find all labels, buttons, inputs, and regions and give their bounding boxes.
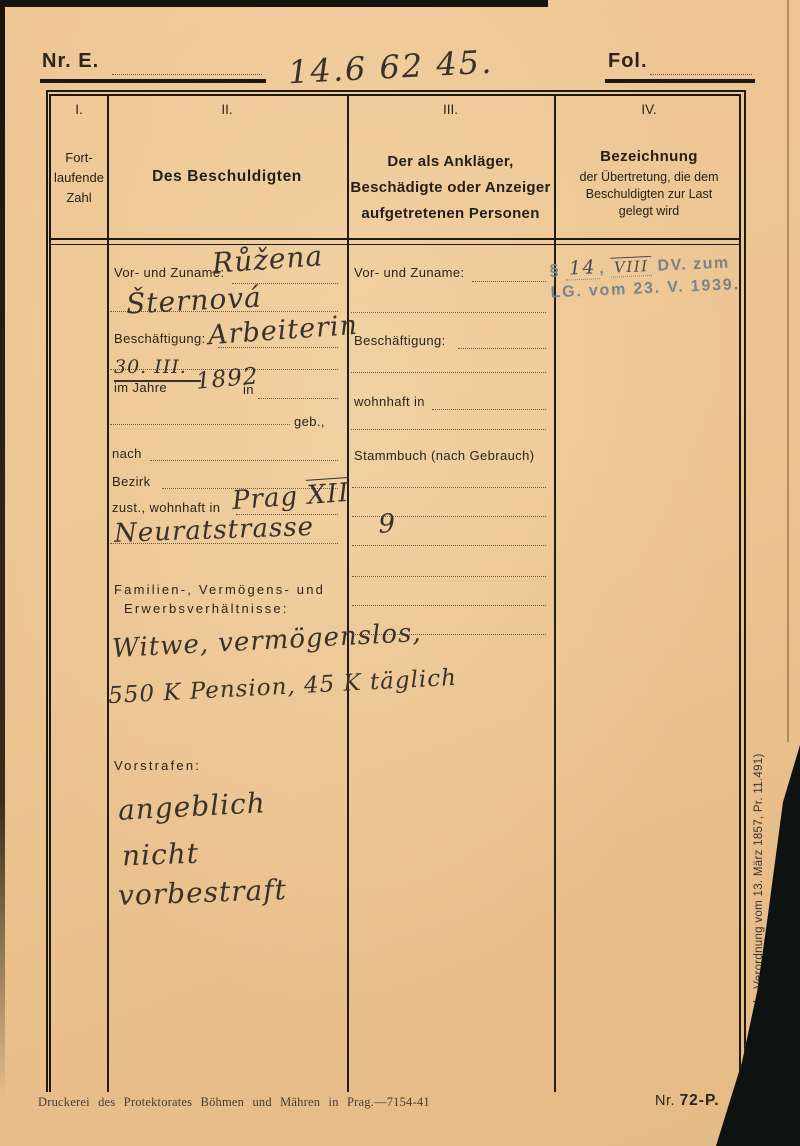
dotted-line xyxy=(352,605,546,606)
nr-e-label: Nr. E. xyxy=(42,50,99,73)
dotted-line xyxy=(150,460,338,461)
dotted-line xyxy=(258,398,338,399)
accused-occupation-label: Beschäftigung: xyxy=(114,331,206,346)
priors-handwritten-line3: vorbestraft xyxy=(117,873,287,912)
accused-house-number-handwritten: 9 xyxy=(378,509,397,540)
dotted-line xyxy=(110,543,338,544)
birth-in-label: in xyxy=(243,382,254,397)
page-right-crease xyxy=(787,0,789,742)
offense-stamp: § 14, VIII DV. zum LG. vom 23. V. 1939. xyxy=(549,250,751,303)
strafregister-side-note: Strafregister (gemäß Statth.-Verordnung … xyxy=(753,733,765,1143)
printer-imprint: Druckerei des Protektorates Böhmen und M… xyxy=(38,1095,430,1110)
fol-underline xyxy=(605,79,755,83)
dotted-line xyxy=(351,429,546,430)
dotted-line xyxy=(110,424,290,425)
dotted-line xyxy=(458,348,546,349)
column-header-des-beschuldigten: Des Beschuldigten xyxy=(107,168,347,186)
dotted-line xyxy=(351,372,546,373)
accuser-occupation-label: Beschäftigung: xyxy=(354,333,446,348)
document-page: Nr. E. 14.6 62 45. Fol. I. II. III. IV. … xyxy=(0,0,800,1146)
nr-e-dotted-line xyxy=(112,74,262,75)
column-divider-2 xyxy=(347,96,349,1092)
column-numeral-1: I. xyxy=(51,102,107,117)
column-numeral-3: III. xyxy=(347,102,554,117)
nach-label: nach xyxy=(112,446,142,461)
stamp-paragraph-number-handwritten: 14 xyxy=(565,256,599,280)
accused-birth-day-month-handwritten: 30. III. xyxy=(114,356,201,382)
family-circumstances-label-line1: Familien-, Vermögens- und xyxy=(114,582,325,597)
header-separator xyxy=(51,238,739,245)
stammbuch-label: Stammbuch (nach Gebrauch) xyxy=(354,448,535,463)
dotted-line xyxy=(352,634,546,635)
dotted-line xyxy=(472,281,546,282)
priors-label: Vorstrafen: xyxy=(114,758,201,773)
file-number-handwritten: 14.6 62 45. xyxy=(287,43,494,92)
geb-label: geb., xyxy=(294,414,325,429)
fol-label: Fol. xyxy=(608,50,648,73)
accuser-wohnhaft-label: wohnhaft in xyxy=(354,394,425,409)
column-numeral-2: II. xyxy=(107,102,347,117)
nr-e-underline xyxy=(40,79,266,83)
column-divider-3 xyxy=(554,96,556,1092)
accuser-name-label: Vor- und Zuname: xyxy=(354,265,464,280)
accused-name-label: Vor- und Zuname: xyxy=(114,265,224,280)
stamp-roman-numeral-handwritten: VIII xyxy=(611,256,652,278)
page-scan-left-edge xyxy=(0,0,5,1146)
fol-dotted-line xyxy=(650,74,752,75)
column-header-anklaeger: Der als Ankläger, Beschädigte oder Anzei… xyxy=(347,149,554,227)
column-numeral-4: IV. xyxy=(554,102,744,117)
dotted-line xyxy=(432,409,546,410)
dotted-line xyxy=(352,516,546,517)
dotted-line xyxy=(352,545,546,546)
column-header-bezeichnung: Bezeichnung der Übertretung, die dem Bes… xyxy=(554,148,744,220)
zust-wohnhaft-label: zust., wohnhaft in xyxy=(112,500,220,515)
bezirk-label: Bezirk xyxy=(112,474,151,489)
column-divider-1 xyxy=(107,96,109,1092)
paragraph-sign: § xyxy=(549,262,560,279)
dotted-line xyxy=(352,487,546,488)
page-scan-top-edge xyxy=(0,0,548,7)
stamp-dv-zum: DV. zum xyxy=(657,255,730,275)
column-header-fortlaufende-zahl: Fort- laufende Zahl xyxy=(51,148,107,208)
dotted-line xyxy=(352,576,546,577)
dotted-line xyxy=(351,312,546,313)
form-number: Nr. 72-P. xyxy=(655,1092,720,1110)
birth-year-label: im Jahre xyxy=(114,380,167,395)
priors-handwritten-line2: nicht xyxy=(121,837,199,873)
family-circumstances-label-line2: Erwerbsverhältnisse: xyxy=(124,601,289,616)
